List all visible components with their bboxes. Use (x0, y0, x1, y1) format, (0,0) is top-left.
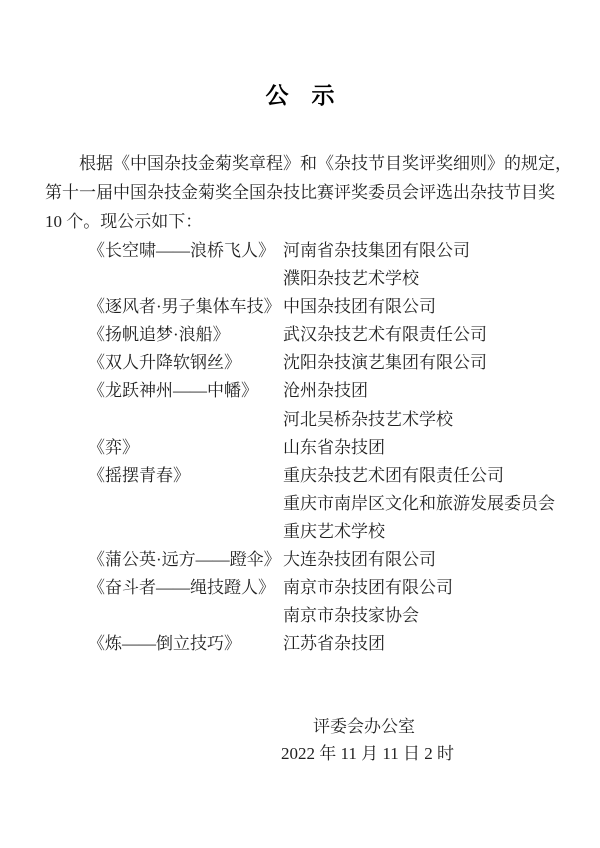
intro-line: 第十一届中国杂技金菊奖全国杂技比赛评奖委员会评选出杂技节目奖 (45, 178, 573, 207)
award-title: 《龙跃神州——中幡》 (88, 377, 283, 405)
award-org: 江苏省杂技团 (283, 634, 385, 653)
award-row: 重庆艺术学校 (45, 518, 585, 546)
award-org: 南京市杂技团有限公司 (283, 578, 453, 597)
award-row: 《龙跃神州——中幡》沧州杂技团 (45, 377, 585, 405)
award-row: 濮阳杂技艺术学校 (45, 265, 585, 293)
award-title: 《炼——倒立技巧》 (88, 630, 283, 658)
award-title: 《奋斗者——绳技蹬人》 (88, 574, 283, 602)
signoff-office: 评委会办公室 (313, 712, 415, 741)
award-org: 沧州杂技团 (283, 381, 368, 400)
award-row: 《奋斗者——绳技蹬人》南京市杂技团有限公司 (45, 574, 585, 602)
announcement-page: 公 示 根据《中国杂技金菊奖章程》和《杂技节目奖评奖细则》的规定，第十一届中国杂… (0, 0, 600, 848)
intro-line: 10 个。现公示如下： (45, 207, 573, 236)
award-row: 《蒲公英·远方——蹬伞》大连杂技团有限公司 (45, 546, 585, 574)
award-row: 南京市杂技家协会 (45, 602, 585, 630)
award-title: 《双人升降软钢丝》 (88, 349, 283, 377)
award-row: 《扬帆追梦·浪船》武汉杂技艺术有限责任公司 (45, 321, 585, 349)
award-title: 《长空啸——浪桥飞人》 (88, 237, 283, 265)
award-row: 《弈》山东省杂技团 (45, 434, 585, 462)
award-title: 《逐风者·男子集体车技》 (88, 293, 283, 321)
award-row: 《炼——倒立技巧》江苏省杂技团 (45, 630, 585, 658)
award-org: 武汉杂技艺术有限责任公司 (283, 325, 487, 344)
award-title: 《摇摆青春》 (88, 462, 283, 490)
award-row: 重庆市南岸区文化和旅游发展委员会 (45, 490, 585, 518)
award-row: 《摇摆青春》重庆杂技艺术团有限责任公司 (45, 462, 585, 490)
award-org: 河北吴桥杂技艺术学校 (283, 410, 453, 429)
award-row: 《逐风者·男子集体车技》中国杂技团有限公司 (45, 293, 585, 321)
award-title: 《弈》 (88, 434, 283, 462)
award-org: 重庆杂技艺术团有限责任公司 (283, 466, 504, 485)
award-row: 《双人升降软钢丝》沈阳杂技演艺集团有限公司 (45, 349, 585, 377)
page-title: 公 示 (0, 84, 600, 108)
awards-list: 《长空啸——浪桥飞人》河南省杂技集团有限公司 濮阳杂技艺术学校 《逐风者·男子集… (45, 237, 585, 658)
award-org: 濮阳杂技艺术学校 (283, 269, 419, 288)
intro-paragraph: 根据《中国杂技金菊奖章程》和《杂技节目奖评奖细则》的规定，第十一届中国杂技金菊奖… (45, 149, 573, 236)
award-org: 重庆市南岸区文化和旅游发展委员会 (283, 494, 555, 513)
award-org: 山东省杂技团 (283, 438, 385, 457)
award-org: 河南省杂技集团有限公司 (283, 241, 470, 260)
award-org: 中国杂技团有限公司 (283, 297, 436, 316)
award-row: 河北吴桥杂技艺术学校 (45, 406, 585, 434)
award-row: 《长空啸——浪桥飞人》河南省杂技集团有限公司 (45, 237, 585, 265)
award-org: 大连杂技团有限公司 (283, 550, 436, 569)
award-org: 重庆艺术学校 (283, 522, 385, 541)
intro-line: 根据《中国杂技金菊奖章程》和《杂技节目奖评奖细则》的规定， (45, 149, 573, 178)
award-org: 南京市杂技家协会 (283, 606, 419, 625)
award-title: 《扬帆追梦·浪船》 (88, 321, 283, 349)
award-org: 沈阳杂技演艺集团有限公司 (283, 353, 487, 372)
document-date: 2022 年 11 月 11 日 2 时 (281, 739, 454, 768)
award-title: 《蒲公英·远方——蹬伞》 (88, 546, 283, 574)
